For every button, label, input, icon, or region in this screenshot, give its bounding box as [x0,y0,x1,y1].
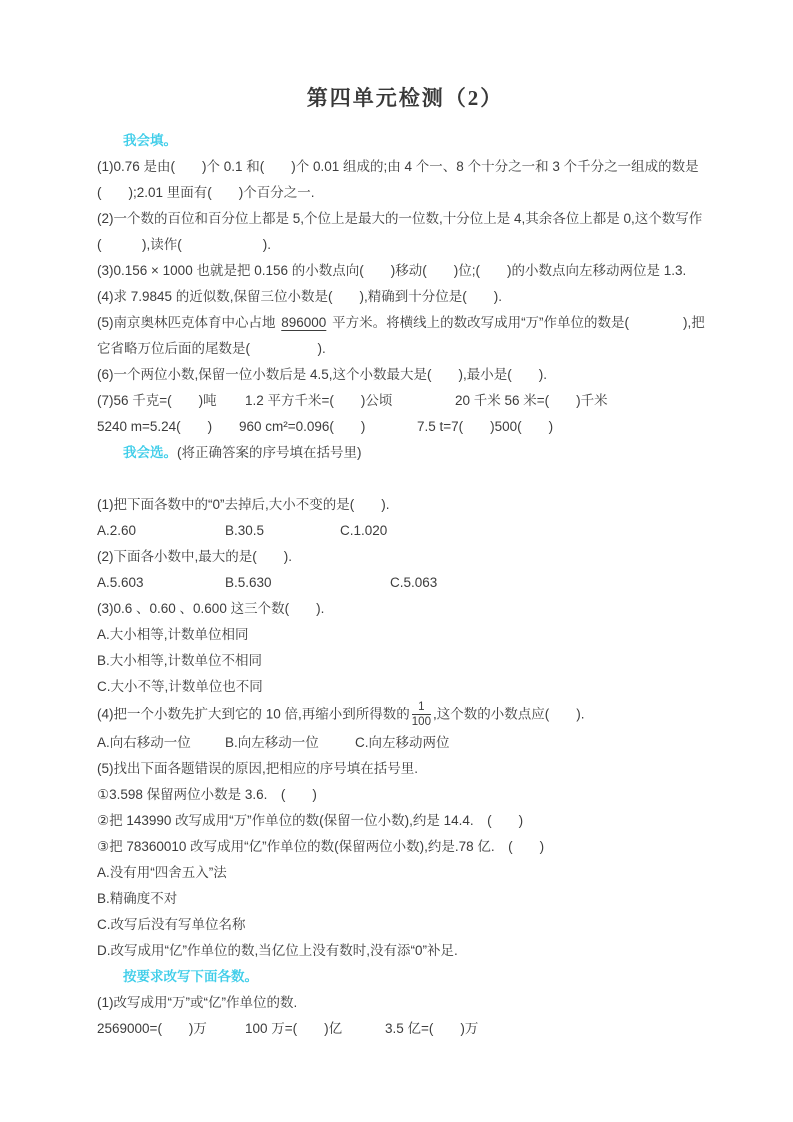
section-choose-header: 我会选。 [123,445,177,460]
page-title: 第四单元检测（2） [97,82,713,112]
unit-conversion-item: (7)56 千克=( )吨 [97,388,245,414]
underlined-number: 896000 [279,315,328,330]
fill-q4-line: (4)求 7.9845 的近似数,保留三位小数是( ),精确到十分位是( ). [97,284,713,310]
section-rewrite: 按要求改写下面各数。 (1)改写成用“万”或“亿”作单位的数. 2569000=… [97,964,713,1042]
rewrite-conversion-row: 2569000=( )万100 万=( )亿3.5 亿=( )万 [97,1016,713,1042]
unit-conversion-item: 20 千米 56 米=( )千米 [455,388,608,414]
option-a: A.向右移动一位 [97,730,225,756]
fill-q5-line1: (5)南京奥林匹克体育中心占地 896000 平方米。将横线上的数改写成用“万”… [97,310,713,336]
choose-q5-option-b: B.精确度不对 [97,886,713,912]
fraction-denominator: 100 [412,715,431,729]
fill-q3-line: (3)0.156 × 1000 也就是把 0.156 的小数点向( )移动( )… [97,258,713,284]
fraction-1-100: 1100 [412,700,431,730]
unit-conversion-item: 1.2 平方千米=( )公顷 [245,388,455,414]
option-b: B.30.5 [225,518,340,544]
choose-q4-text-pre: (4)把一个小数先扩大到它的 10 倍,再缩小到所得数的 [97,706,410,721]
choose-q3-option-c: C.大小不等,计数单位也不同 [97,674,713,700]
section-fill-header: 我会填。 [123,133,177,148]
choose-q5-option-d: D.改写成用“亿”作单位的数,当亿位上没有数时,没有添“0”补足. [97,938,713,964]
unit-conversion-item: 5240 m=5.24( ) [97,414,239,440]
option-c: C.1.020 [340,518,387,544]
fill-q1-line2: ( );2.01 里面有( )个百分之一. [97,180,713,206]
unit-conversion-item: 7.5 t=7( )500( ) [417,414,553,440]
section-fill-header-row: 我会填。 [97,128,713,154]
section-rewrite-header-row: 按要求改写下面各数。 [97,964,713,990]
section-rewrite-header: 按要求改写下面各数。 [123,969,258,984]
fill-q5-line2: 它省略万位后面的尾数是( ). [97,336,713,362]
choose-q5-line: (5)找出下面各题错误的原因,把相应的序号填在括号里. [97,756,713,782]
rewrite-q1-line: (1)改写成用“万”或“亿”作单位的数. [97,990,713,1016]
choose-q1-options: A.2.60B.30.5C.1.020 [97,518,713,544]
choose-q2-line: (2)下面各小数中,最大的是( ). [97,544,713,570]
unit-conversion-item: 960 cm²=0.096( ) [239,414,417,440]
choose-q4-line: (4)把一个小数先扩大到它的 10 倍,再缩小到所得数的1100,这个数的小数点… [97,700,713,730]
section-choose-header-row: 我会选。(将正确答案的序号填在括号里) [97,440,713,466]
choose-q5-option-a: A.没有用“四舍五入”法 [97,860,713,886]
option-a: A.2.60 [97,518,225,544]
choose-q3-option-b: B.大小相等,计数单位不相同 [97,648,713,674]
section-choose: 我会选。(将正确答案的序号填在括号里) (1)把下面各数中的“0”去掉后,大小不… [97,440,713,964]
choose-q5-item-2: ②把 143990 改写成用“万”作单位的数(保留一位小数),约是 14.4. … [97,808,713,834]
choose-q5-item-3: ③把 78360010 改写成用“亿”作单位的数(保留两位小数),约是.78 亿… [97,834,713,860]
choose-q5-option-c: C.改写后没有写单位名称 [97,912,713,938]
fill-q7-unit-row2: 5240 m=5.24( )960 cm²=0.096( )7.5 t=7( )… [97,414,713,440]
section-fill: 我会填。 (1)0.76 是由( )个 0.1 和( )个 0.01 组成的;由… [97,128,713,440]
fill-q5-text-post: 平方米。将横线上的数改写成用“万”作单位的数是( ),把 [328,315,704,330]
choose-q2-options: A.5.603B.5.630C.5.063 [97,570,713,596]
fill-q6-line: (6)一个两位小数,保留一位小数后是 4.5,这个小数最大是( ),最小是( )… [97,362,713,388]
choose-q4-options: A.向右移动一位B.向左移动一位C.向左移动两位 [97,730,713,756]
fill-q7-unit-row1: (7)56 千克=( )吨1.2 平方千米=( )公顷20 千米 56 米=( … [97,388,713,414]
choose-q3-option-a: A.大小相等,计数单位相同 [97,622,713,648]
choose-q1-line: (1)把下面各数中的“0”去掉后,大小不变的是( ). [97,492,713,518]
worksheet-page: 第四单元检测（2） 我会填。 (1)0.76 是由( )个 0.1 和( )个 … [0,0,793,1082]
conversion-item: 3.5 亿=( )万 [385,1016,478,1042]
fill-q2-line2: ( ),读作( ). [97,232,713,258]
spacer [97,466,713,492]
section-choose-note: (将正确答案的序号填在括号里) [177,445,362,460]
option-b: B.向左移动一位 [225,730,355,756]
option-b: B.5.630 [225,570,390,596]
option-a: A.5.603 [97,570,225,596]
option-c: C.5.063 [390,570,437,596]
fill-q2-line1: (2)一个数的百位和百分位上都是 5,个位上是最大的一位数,十分位上是 4,其余… [97,206,713,232]
choose-q5-item-1: ①3.598 保留两位小数是 3.6. ( ) [97,782,713,808]
conversion-item: 2569000=( )万 [97,1016,245,1042]
fraction-numerator: 1 [412,700,431,715]
conversion-item: 100 万=( )亿 [245,1016,385,1042]
choose-q3-line: (3)0.6 、0.60 、0.600 这三个数( ). [97,596,713,622]
option-c: C.向左移动两位 [355,730,450,756]
fill-q1-line1: (1)0.76 是由( )个 0.1 和( )个 0.01 组成的;由 4 个一… [97,154,713,180]
choose-q4-text-post: ,这个数的小数点应( ). [433,706,585,721]
fill-q5-text-pre: (5)南京奥林匹克体育中心占地 [97,315,279,330]
